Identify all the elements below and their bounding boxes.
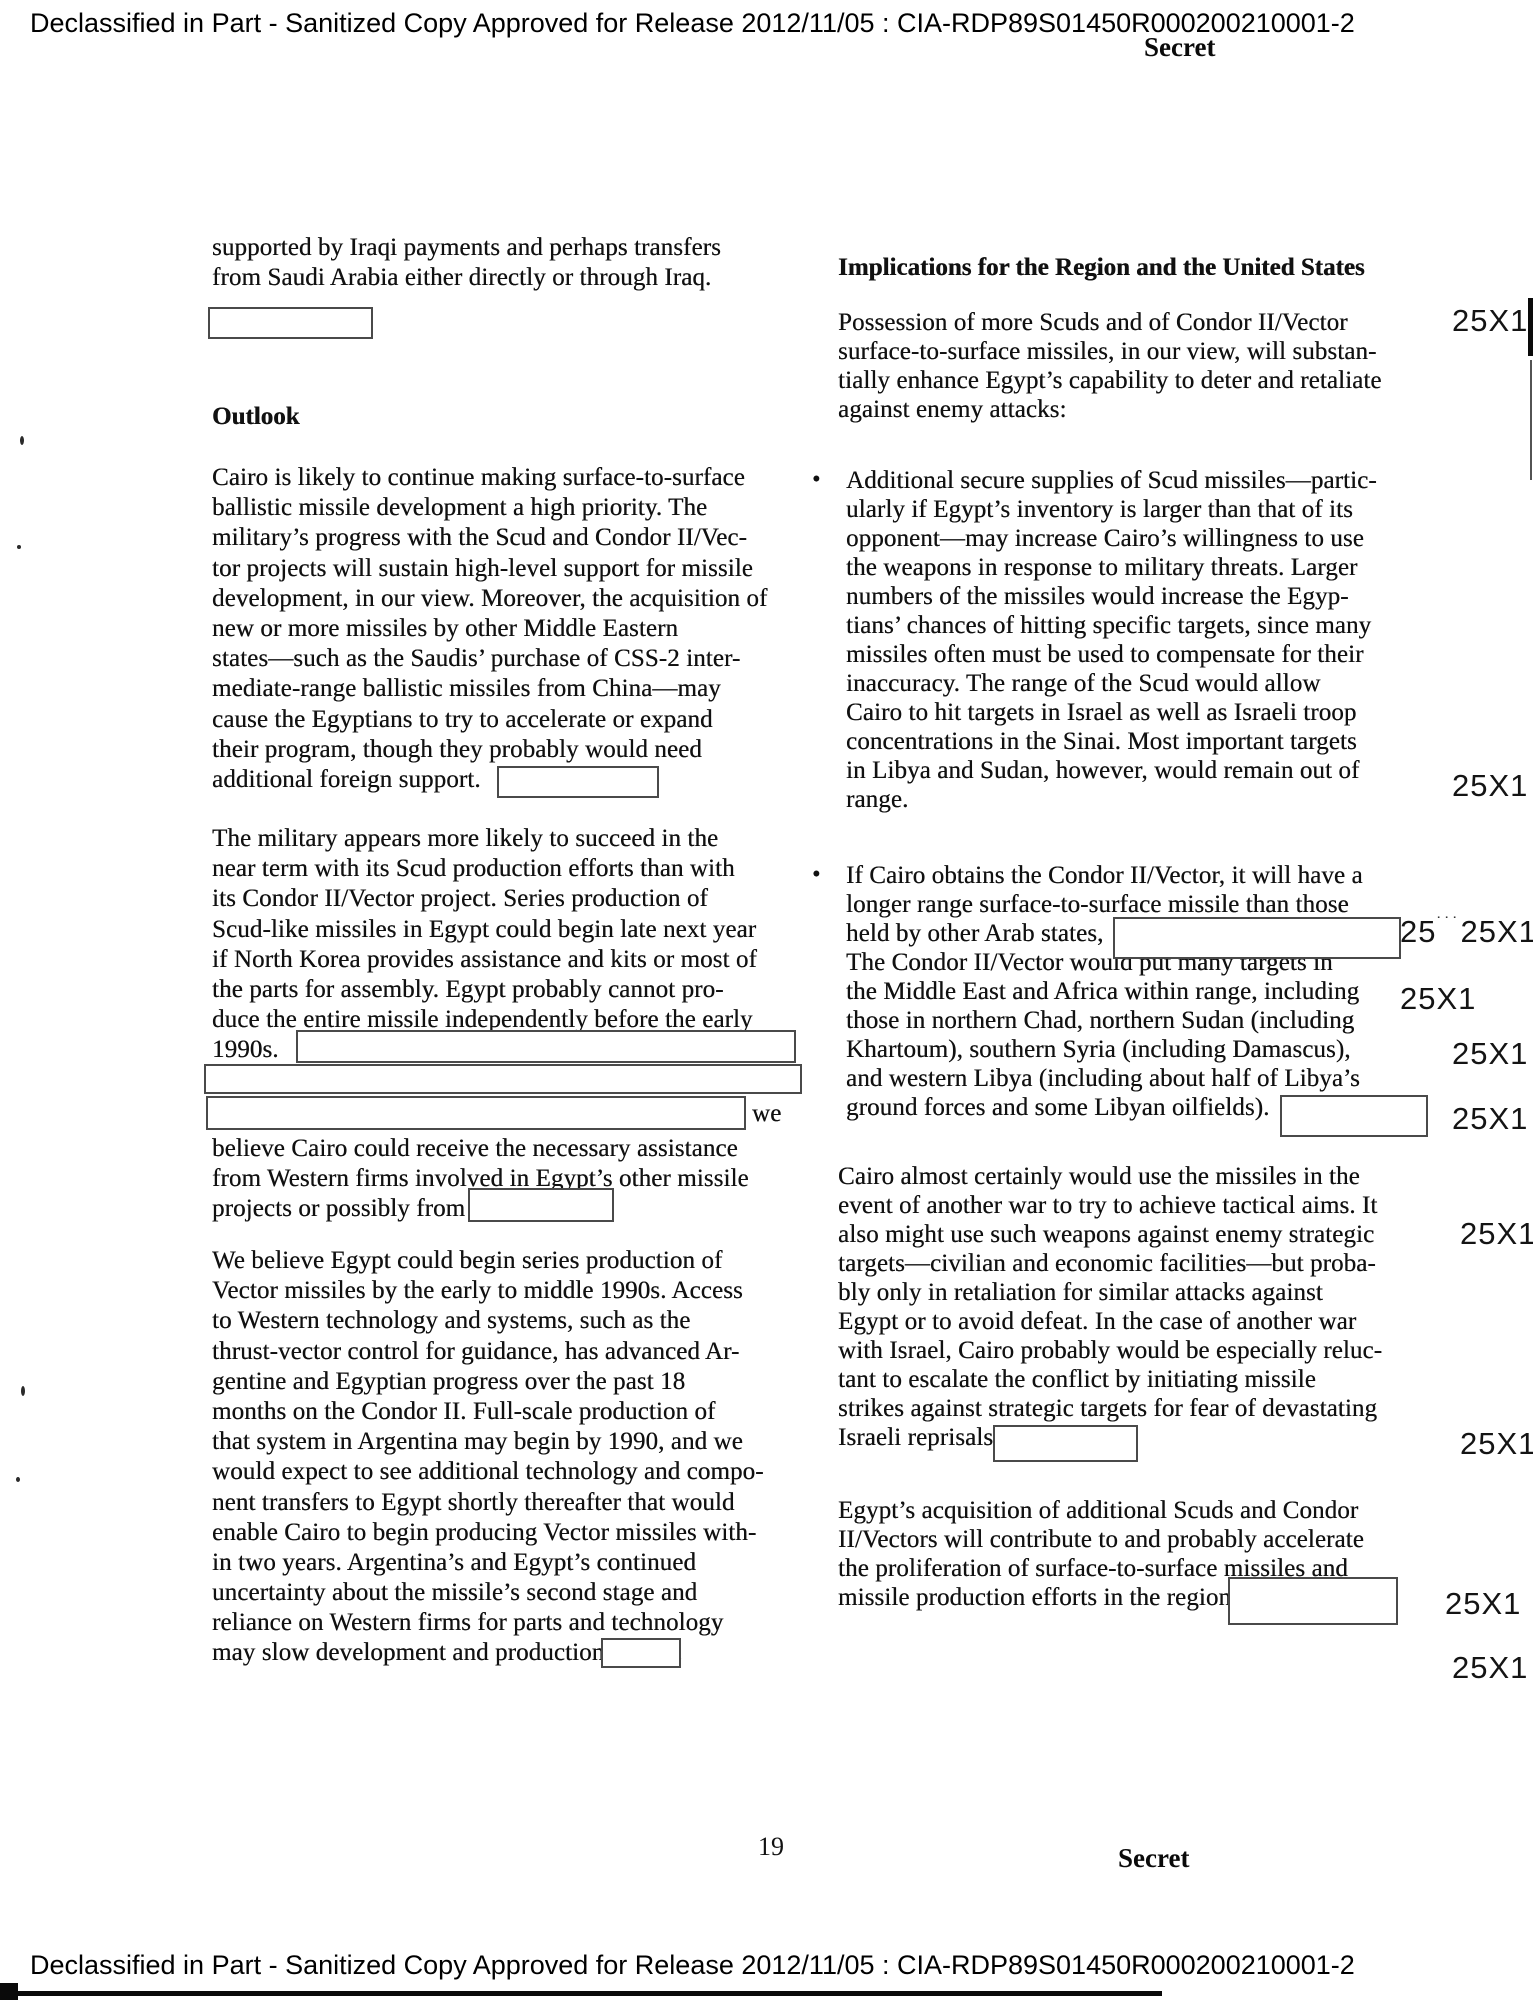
margin-marker-25x1: 25X1	[1460, 1426, 1533, 1462]
text-line: development, in our view. Moreover, the …	[212, 584, 767, 614]
margin-marker-25x1: 25X1	[1452, 768, 1528, 804]
text-line: surface-to-surface missiles, in our view…	[838, 337, 1382, 366]
text-line: nent transfers to Egypt shortly thereaft…	[212, 1488, 764, 1518]
page-number: 19	[758, 1832, 784, 1862]
text-line: Cairo almost certainly would use the mis…	[838, 1162, 1382, 1191]
text-line: tially enhance Egypt’s capability to det…	[838, 366, 1382, 395]
outlook-heading: Outlook	[212, 403, 300, 431]
scan-artifact	[17, 545, 21, 549]
scan-artifact	[0, 1983, 18, 2000]
scan-artifact	[21, 1386, 25, 1396]
paragraph-iraqi-payments: supported by Iraqi payments and perhaps …	[212, 233, 721, 293]
banner-underline	[0, 1991, 1162, 1996]
margin-marker-25x1: 25X1	[1445, 1586, 1521, 1622]
text-line: its Condor II/Vector project. Series pro…	[212, 884, 757, 914]
text-line: that system in Argentina may begin by 19…	[212, 1427, 764, 1457]
text-line: from Saudi Arabia either directly or thr…	[212, 263, 721, 293]
text-line: Vector missiles by the early to middle 1…	[212, 1276, 764, 1306]
text-line: opponent—may increase Cairo’s willingnes…	[846, 524, 1377, 553]
text-line: thrust-vector control for guidance, has …	[212, 1337, 764, 1367]
redaction-box	[296, 1030, 796, 1063]
text-line: missiles often must be used to compensat…	[846, 640, 1377, 669]
implications-heading: Implications for the Region and the Unit…	[838, 254, 1365, 282]
margin-marker-25x1-double: 25˙˙˙25X1	[1400, 914, 1533, 950]
text-line: II/Vectors will contribute to and probab…	[838, 1525, 1364, 1554]
text-line: event of another war to try to achieve t…	[838, 1191, 1382, 1220]
text-line: numbers of the missiles would increase t…	[846, 582, 1377, 611]
text-line: if North Korea provides assistance and k…	[212, 945, 757, 975]
text-line: cause the Egyptians to try to accelerate…	[212, 705, 767, 735]
text-line: months on the Condor II. Full-scale prod…	[212, 1397, 764, 1427]
text-line: believe Cairo could receive the necessar…	[212, 1134, 749, 1164]
paragraph-vector-production: We believe Egypt could begin series prod…	[212, 1246, 764, 1669]
document-page: { "colors": { "paper": "#ffffff", "ink":…	[0, 0, 1533, 2000]
text-line: with Israel, Cairo probably would be esp…	[838, 1336, 1382, 1365]
redaction-box	[1280, 1095, 1428, 1137]
paragraph-possession: Possession of more Scuds and of Condor I…	[838, 308, 1382, 424]
text-line: uncertainty about the missile’s second s…	[212, 1578, 764, 1608]
text-line: near term with its Scud production effor…	[212, 854, 757, 884]
text-line: Khartoum), southern Syria (including Dam…	[846, 1035, 1363, 1064]
text-line: range.	[846, 785, 1377, 814]
text-line: to Western technology and systems, such …	[212, 1306, 764, 1336]
text-line: Additional secure supplies of Scud missi…	[846, 466, 1377, 495]
margin-marker-25x1: 25X1	[1452, 303, 1528, 339]
classification-secret-top: Secret	[1144, 32, 1215, 63]
text-line: the weapons in response to military thre…	[846, 553, 1377, 582]
redaction-box	[1228, 1577, 1398, 1625]
text-line: in two years. Argentina’s and Egypt’s co…	[212, 1548, 764, 1578]
scan-artifact	[1530, 360, 1532, 480]
declassification-banner-bottom: Declassified in Part - Sanitized Copy Ap…	[30, 1950, 1355, 1981]
margin-marker-25x1: 25X1	[1460, 1216, 1533, 1252]
text-line: those in northern Chad, northern Sudan (…	[846, 1006, 1363, 1035]
text-line: ularly if Egypt’s inventory is larger th…	[846, 495, 1377, 524]
text-line: If Cairo obtains the Condor II/Vector, i…	[846, 861, 1363, 890]
text-line: tant to escalate the conflict by initiat…	[838, 1365, 1382, 1394]
text-line: the Middle East and Africa within range,…	[846, 977, 1363, 1006]
marker-ghost-dots: ˙˙˙	[1436, 914, 1460, 934]
text-line: inaccuracy. The range of the Scud would …	[846, 669, 1377, 698]
text-line: additional foreign support.	[212, 765, 767, 795]
text-line: military’s progress with the Scud and Co…	[212, 523, 767, 553]
text-line: and western Libya (including about half …	[846, 1064, 1363, 1093]
text-line: in Libya and Sudan, however, would remai…	[846, 756, 1377, 785]
word-we: we	[752, 1100, 781, 1128]
text-line: new or more missiles by other Middle Eas…	[212, 614, 767, 644]
redaction-box	[993, 1425, 1138, 1462]
margin-marker-25x1: 25X1	[1452, 1650, 1528, 1686]
redaction-box	[204, 1064, 802, 1094]
redaction-box	[208, 307, 373, 339]
text-line: Egypt or to avoid defeat. In the case of…	[838, 1307, 1382, 1336]
marker-fragment: 25X1	[1460, 914, 1533, 949]
text-line: Possession of more Scuds and of Condor I…	[838, 308, 1382, 337]
text-line: also might use such weapons against enem…	[838, 1220, 1382, 1249]
text-line: supported by Iraqi payments and perhaps …	[212, 233, 721, 263]
bullet-scud-supplies: Additional secure supplies of Scud missi…	[846, 466, 1377, 814]
text-line: Egypt’s acquisition of additional Scuds …	[838, 1496, 1364, 1525]
text-line: Cairo is likely to continue making surfa…	[212, 463, 767, 493]
text-line: bly only in retaliation for similar atta…	[838, 1278, 1382, 1307]
scan-artifact	[20, 436, 24, 445]
classification-secret-bottom: Secret	[1118, 1843, 1189, 1874]
text-line: concentrations in the Sinai. Most import…	[846, 727, 1377, 756]
text-line: mediate-range ballistic missiles from Ch…	[212, 674, 767, 704]
marker-fragment: 25	[1400, 914, 1436, 949]
margin-marker-25x1: 25X1	[1452, 1101, 1528, 1137]
text-line: tor projects will sustain high-level sup…	[212, 554, 767, 584]
text-line: The military appears more likely to succ…	[212, 824, 757, 854]
redaction-box	[601, 1638, 681, 1668]
text-line: the parts for assembly. Egypt probably c…	[212, 975, 757, 1005]
paragraph-outlook-1: Cairo is likely to continue making surfa…	[212, 463, 767, 795]
text-line: ballistic missile development a high pri…	[212, 493, 767, 523]
scan-artifact	[16, 1477, 20, 1482]
redaction-box	[1113, 917, 1401, 959]
text-line: against enemy attacks:	[838, 395, 1382, 424]
paragraph-tactical-aims: Cairo almost certainly would use the mis…	[838, 1162, 1382, 1452]
text-line: would expect to see additional technolog…	[212, 1457, 764, 1487]
text-line: tians’ chances of hitting specific targe…	[846, 611, 1377, 640]
redaction-box	[468, 1188, 614, 1222]
text-line: enable Cairo to begin producing Vector m…	[212, 1518, 764, 1548]
text-line: longer range surface-to-surface missile …	[846, 890, 1363, 919]
margin-marker-25x1: 25X1	[1452, 1036, 1528, 1072]
redaction-box	[497, 766, 659, 798]
text-line: their program, though they probably woul…	[212, 735, 767, 765]
scan-artifact	[1528, 298, 1533, 356]
text-line: gentine and Egyptian progress over the p…	[212, 1367, 764, 1397]
bullet-icon: •	[812, 466, 821, 494]
margin-marker-25x1: 25X1	[1400, 981, 1476, 1017]
bullet-icon: •	[812, 861, 821, 889]
text-line: states—such as the Saudis’ purchase of C…	[212, 644, 767, 674]
text-line: Cairo to hit targets in Israel as well a…	[846, 698, 1377, 727]
text-line: We believe Egypt could begin series prod…	[212, 1246, 764, 1276]
text-line: Scud-like missiles in Egypt could begin …	[212, 915, 757, 945]
redaction-box	[206, 1096, 746, 1130]
text-line: targets—civilian and economic facilities…	[838, 1249, 1382, 1278]
text-line: strikes against strategic targets for fe…	[838, 1394, 1382, 1423]
bullet-condor-vector: If Cairo obtains the Condor II/Vector, i…	[846, 861, 1363, 1122]
text-line: reliance on Western firms for parts and …	[212, 1608, 764, 1638]
